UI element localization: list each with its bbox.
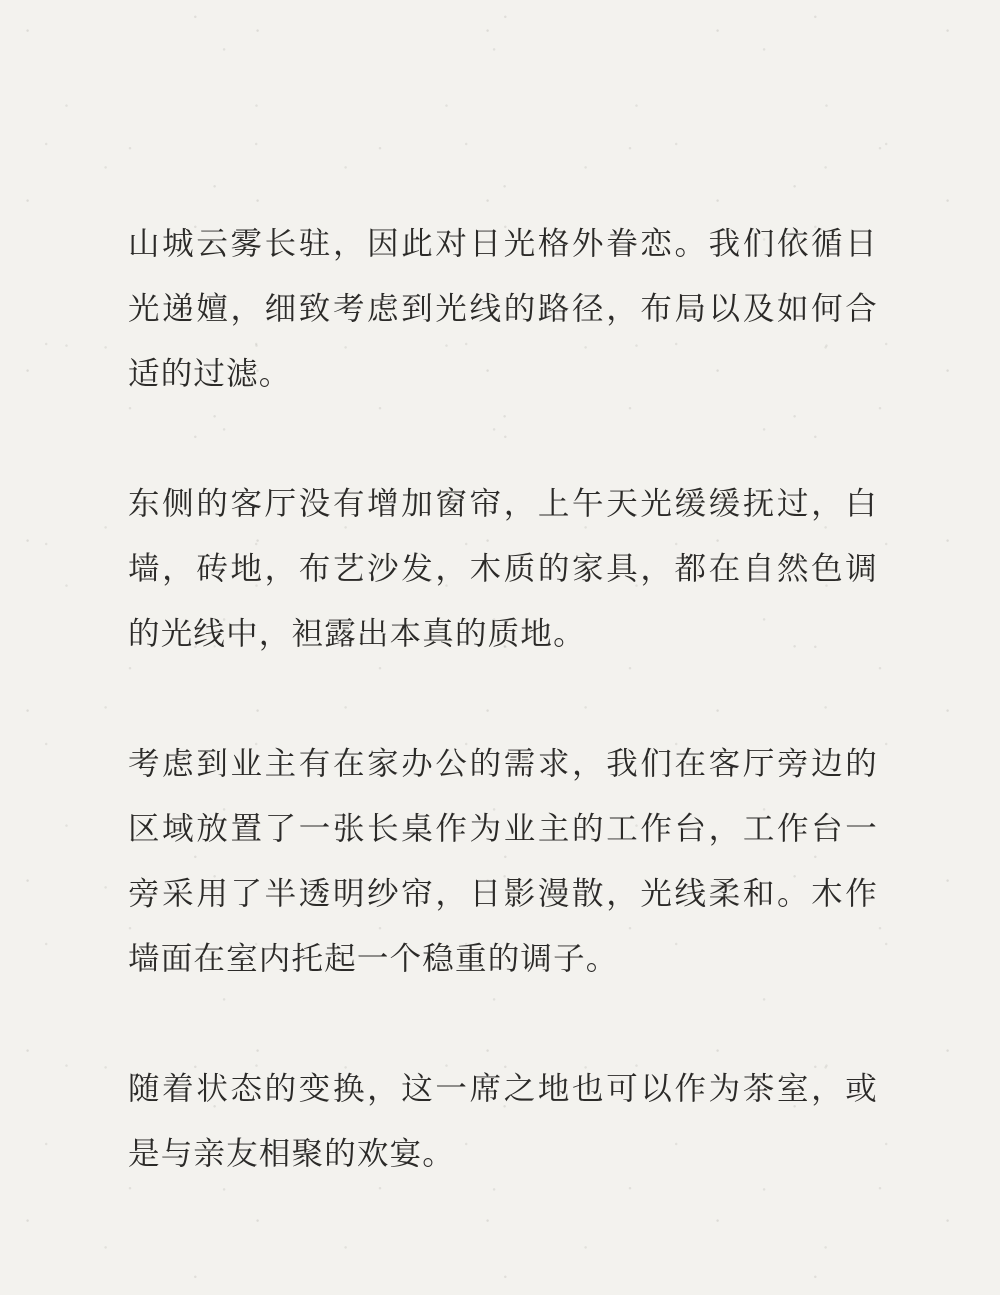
paragraph-daylight: 山城云雾长驻，因此对日光格外眷恋。我们依循日光递嬗，细致考虑到光线的路径，布局以… <box>128 212 878 407</box>
paragraph-tea-room: 随着状态的变换，这一席之地也可以作为茶室，或是与亲友相聚的欢宴。 <box>128 1057 878 1187</box>
article-body: 山城云雾长驻，因此对日光格外眷恋。我们依循日光递嬗，细致考虑到光线的路径，布局以… <box>128 212 878 1187</box>
paragraph-workspace: 考虑到业主有在家办公的需求，我们在客厅旁边的区域放置了一张长桌作为业主的工作台，… <box>128 732 878 992</box>
paragraph-living-room: 东侧的客厅没有增加窗帘，上午天光缓缓抚过，白墙，砖地，布艺沙发，木质的家具，都在… <box>128 472 878 667</box>
